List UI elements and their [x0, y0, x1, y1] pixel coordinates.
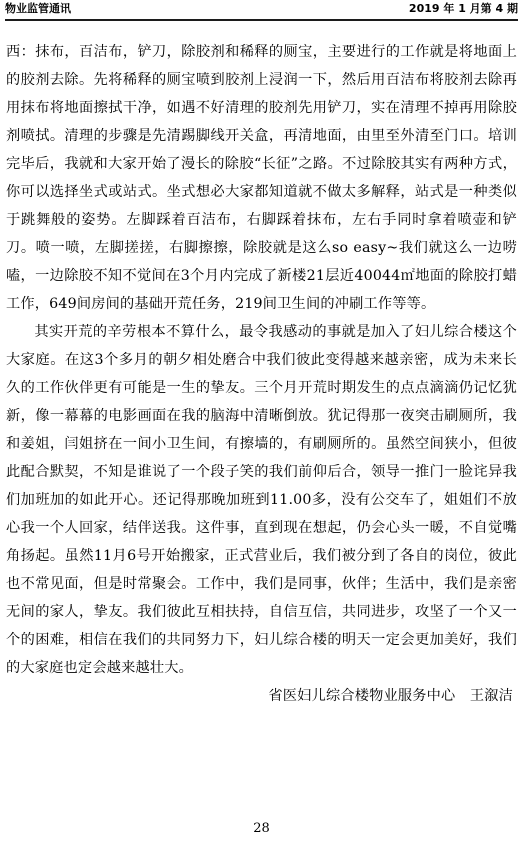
newsletter-title: 物业监管通讯	[5, 2, 71, 16]
issue-date: 2019 年 1 月第 4 期	[409, 2, 518, 16]
page-header: 物业监管通讯 2019 年 1 月第 4 期	[5, 2, 518, 21]
body-paragraph-2: 其实开荒的辛劳根本不算什么，最令我感动的事就是加入了妇儿综合楼这个大家庭。在这3…	[6, 318, 517, 682]
document-page: 物业监管通讯 2019 年 1 月第 4 期 西：抹布，百洁布，铲刀，除胶剂和稀…	[0, 0, 523, 849]
signature-line: 省医妇儿综合楼物业服务中心 王溆洁	[6, 682, 517, 710]
page-number: 28	[0, 821, 523, 837]
body-paragraph-1: 西：抹布，百洁布，铲刀，除胶剂和稀释的厕宝，主要进行的工作就是将地面上的胶剂去除…	[6, 38, 517, 318]
article-body: 西：抹布，百洁布，铲刀，除胶剂和稀释的厕宝，主要进行的工作就是将地面上的胶剂去除…	[6, 38, 517, 710]
